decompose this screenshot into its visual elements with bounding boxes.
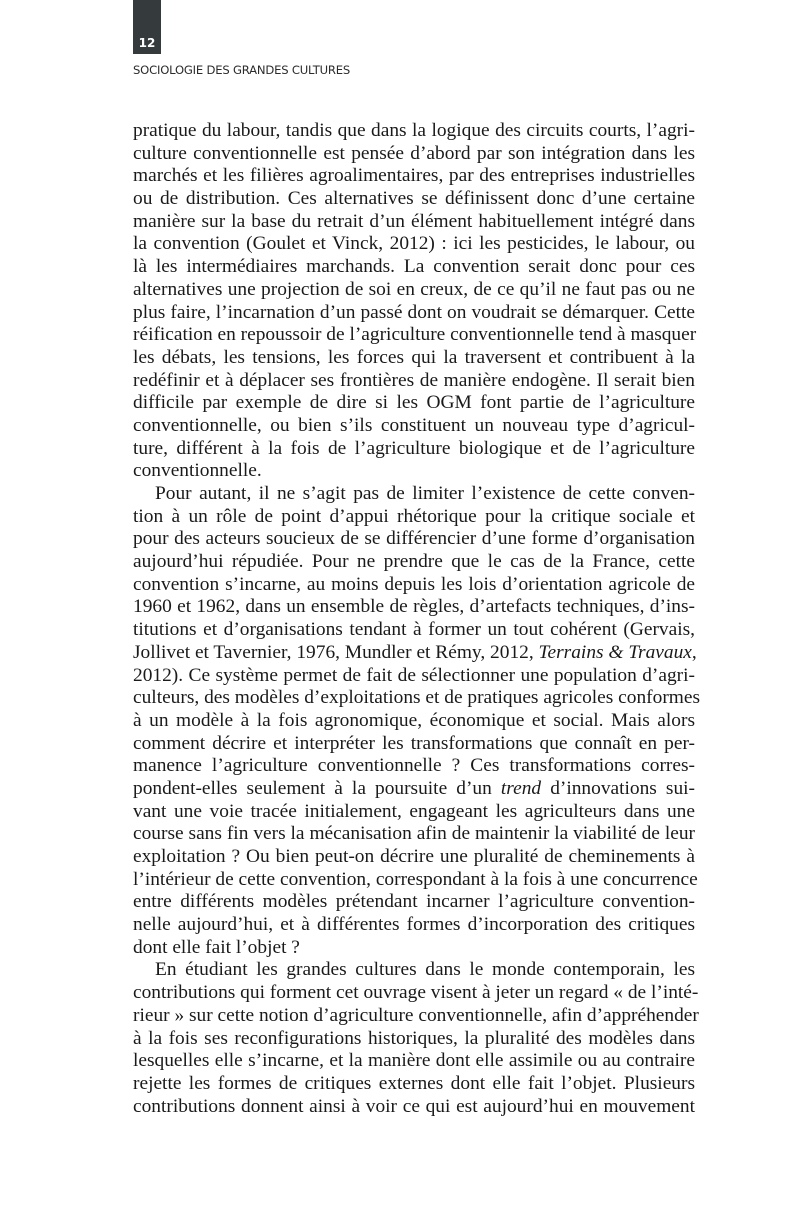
text-line: la convention (Goulet et Vinck, 2012) : … [133,233,695,256]
text-line: manière sur la base du retrait d’un élém… [133,211,695,234]
text-line: 1960 et 1962, dans un ensemble de règles… [133,596,695,619]
text-line: 2012). Ce système permet de fait de séle… [133,665,695,688]
page-number-tab: 12 [133,0,161,54]
text-line: contributions qui forment cet ouvrage vi… [133,982,695,1005]
text-line: convention s’incarne, au moins depuis le… [133,574,695,597]
italic-title: Terrains & Travaux [539,642,692,663]
text-line: ou de distribution. Ces alternatives se … [133,188,695,211]
text-line: nelle aujourd’hui, et à différentes form… [133,914,695,937]
text-line: à la fois ses reconfigurations historiqu… [133,1028,695,1051]
text-line: course sans fin vers la mécanisation afi… [133,823,695,846]
text-segment: pondent-elles seulement à la poursuite d… [133,778,501,799]
text-line: comment décrire et interpréter les trans… [133,733,695,756]
text-line: pratique du labour, tandis que dans la l… [133,120,695,143]
text-segment: , [692,642,697,663]
text-line: conventionnelle, ou bien s’ils constitue… [133,415,695,438]
text-line: rieur » sur cette notion d’agriculture c… [133,1005,695,1028]
text-line: entre différents modèles prétendant inca… [133,891,695,914]
text-line: dont elle fait l’objet ? [133,937,695,960]
text-line: marchés et les filières agroalimentaires… [133,165,695,188]
text-line: réification en repoussoir de l’agricultu… [133,324,695,347]
text-line: rejette les formes de critiques externes… [133,1073,695,1096]
body-text: pratique du labour, tandis que dans la l… [133,120,695,1118]
text-line: conventionnelle. [133,460,695,483]
text-line: aujourd’hui répudiée. Pour ne prendre qu… [133,551,695,574]
text-line: plus faire, l’incarnation d’un passé don… [133,302,695,325]
text-line: les débats, les tensions, les forces qui… [133,347,695,370]
text-line: alternatives une projection de soi en cr… [133,279,695,302]
text-line: manence l’agriculture conventionnelle ? … [133,755,695,778]
paragraph-start-line: Pour autant, il ne s’agit pas de limiter… [133,483,695,506]
text-line: Jollivet et Tavernier, 1976, Mundler et … [133,642,695,665]
text-line: culture conventionnelle est pensée d’abo… [133,143,695,166]
text-line: à un modèle à la fois agronomique, écono… [133,710,695,733]
italic-term: trend [501,778,541,799]
text-line: tion à un rôle de point d’appui rhétoriq… [133,506,695,529]
text-segment: Jollivet et Tavernier, 1976, Mundler et … [133,642,539,663]
text-segment: d’innovations sui- [541,778,695,799]
text-line: vant une voie tracée initialement, engag… [133,801,695,824]
text-line: titutions et d’organisations tendant à f… [133,619,695,642]
text-line: ture, différent à la fois de l’agricultu… [133,438,695,461]
text-line: lesquelles elle s’incarne, et la manière… [133,1050,695,1073]
text-line: pour des acteurs soucieux de se différen… [133,528,695,551]
text-line: là les intermédiaires marchands. La conv… [133,256,695,279]
text-line: pondent-elles seulement à la poursuite d… [133,778,695,801]
text-line: exploitation ? Ou bien peut-on décrire u… [133,846,695,869]
text-line: redéfinir et à déplacer ses frontières d… [133,370,695,393]
text-line: l’intérieur de cette convention, corresp… [133,869,695,892]
text-line: culteurs, des modèles d’exploitations et… [133,687,695,710]
text-line: contributions donnent ainsi à voir ce qu… [133,1096,695,1119]
paragraph-start-line: En étudiant les grandes cultures dans le… [133,959,695,982]
text-line: difficile par exemple de dire si les OGM… [133,392,695,415]
running-title: SOCIOLOGIE DES GRANDES CULTURES [133,63,350,77]
page-number: 12 [133,36,161,50]
